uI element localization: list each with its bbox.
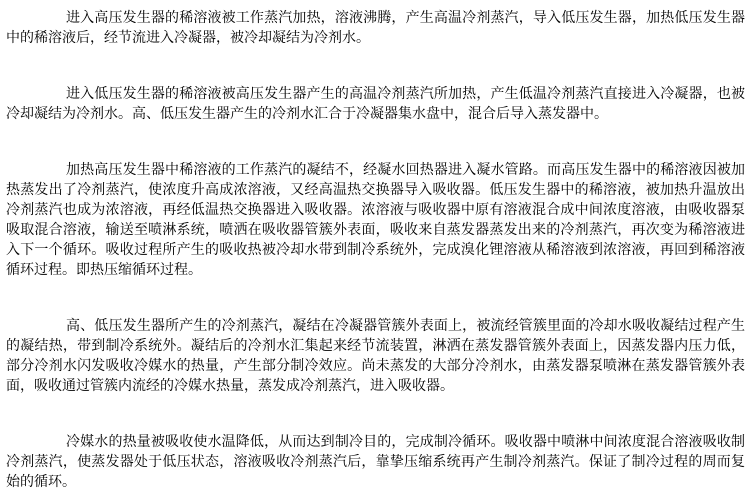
document-body: 进入高压发生器的稀溶液被工作蒸汽加热，溶液沸腾，产生高温冷剂蒸汽，导入低压发生器… bbox=[0, 0, 750, 496]
paragraph-lp-generator: 进入低压发生器的稀溶液被高压发生器产生的高温冷剂蒸汽所加热，产生低温冷剂蒸汽直接… bbox=[6, 84, 745, 124]
paragraph-condensation-evaporation: 高、低压发生器所产生的冷剂蒸汽，凝结在冷凝器管簇外表面上，被流经管簇里面的冷却水… bbox=[6, 316, 745, 396]
paragraph-refrigeration-cycle: 冷媒水的热量被吸收使水温降低，从而达到制冷目的，完成制冷循环。吸收器中喷淋中间浓… bbox=[6, 432, 745, 492]
paragraph-solution-cycle: 加热高压发生器中稀溶液的工作蒸汽的凝结不，经凝水回热器进入凝水管路。而高压发生器… bbox=[6, 160, 745, 280]
paragraph-hp-generator: 进入高压发生器的稀溶液被工作蒸汽加热，溶液沸腾，产生高温冷剂蒸汽，导入低压发生器… bbox=[6, 8, 745, 48]
